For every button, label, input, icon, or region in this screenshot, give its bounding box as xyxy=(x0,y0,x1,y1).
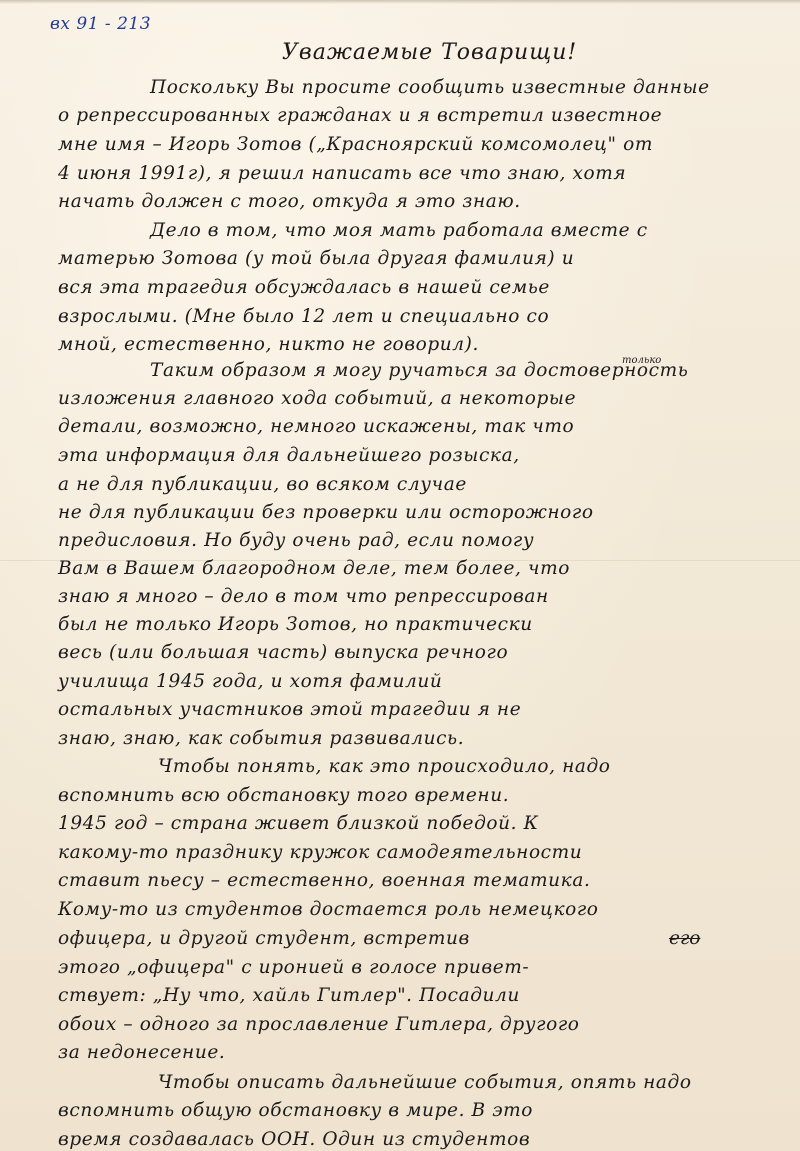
letter-line: вся эта трагедия обсуждалась в нашей сем… xyxy=(58,277,550,298)
struck-word: его xyxy=(669,928,700,949)
letter-line: мне имя – Игорь Зотов („Красноярский ком… xyxy=(58,134,653,155)
letter-line: а не для публикации, во всяком случае xyxy=(58,474,467,495)
letter-line: весь (или большая часть) выпуска речного xyxy=(58,642,508,663)
letter-line: ствует: „Ну что, хайль Гитлер". Посадили xyxy=(58,985,520,1006)
letter-line: не для публикации без проверки или остор… xyxy=(58,502,594,523)
letter-line: детали, возможно, немного искажены, так … xyxy=(58,416,574,437)
letter-line: училища 1945 года, и хотя фамилий xyxy=(58,671,442,692)
paper-edge xyxy=(0,0,800,4)
letter-line: Поскольку Вы просите сообщить известные … xyxy=(150,77,710,98)
letter-line: ставит пьесу – естественно, военная тема… xyxy=(58,870,590,891)
letter-line: обоих – одного за прославление Гитлера, … xyxy=(58,1014,580,1035)
letter-line: Чтобы понять, как это происходило, надо xyxy=(158,756,611,777)
letter-line: время создавалась ООН. Один из студентов xyxy=(58,1129,530,1150)
letter-line: предисловия. Но буду очень рад, если пом… xyxy=(58,530,534,551)
letter-line: эта информация для дальнейшего розыска, xyxy=(58,445,520,466)
letter-line: матерью Зотова (у той была другая фамили… xyxy=(58,248,574,269)
letter-line: взрослыми. (Мне было 12 лет и специально… xyxy=(58,306,549,327)
letter-line: 4 июня 1991г), я решил написать все что … xyxy=(58,163,626,184)
letter-line: Дело в том, что моя мать работала вместе… xyxy=(150,220,648,241)
letter-line: 1945 год – страна живет близкой победой.… xyxy=(58,813,539,834)
letter-line: Чтобы описать дальнейшие события, опять … xyxy=(158,1072,692,1093)
letter-line: этого „офицера" с иронией в голосе приве… xyxy=(58,957,529,978)
letter-line: остальных участников этой трагедии я не xyxy=(58,699,521,720)
letter-page: вх 91 - 213 Уважаемые Товарищи! только П… xyxy=(0,0,800,1151)
letter-line: какому-то празднику кружок самодеятельно… xyxy=(58,842,582,863)
letter-line: офицера, и другой студент, встретив xyxy=(58,928,470,949)
letter-line: был не только Игорь Зотов, но практическ… xyxy=(58,614,533,635)
letter-line: Кому-то из студентов достается роль неме… xyxy=(58,899,599,920)
letter-line: Вам в Вашем благородном деле, тем более,… xyxy=(58,558,570,579)
letter-line: Таким образом я могу ручаться за достове… xyxy=(150,360,688,381)
letter-line: о репрессированных гражданах и я встрети… xyxy=(58,105,662,126)
letter-line: начать должен с того, откуда я это знаю. xyxy=(58,191,521,212)
letter-line: за недонесение. xyxy=(58,1042,225,1063)
letter-line: знаю я много – дело в том что репрессиро… xyxy=(58,586,549,607)
letter-line: вспомнить всю обстановку того времени. xyxy=(58,785,509,806)
archive-mark: вх 91 - 213 xyxy=(50,14,151,34)
salutation: Уважаемые Товарищи! xyxy=(282,40,577,65)
letter-line: мной, естественно, никто не говорил). xyxy=(58,334,479,355)
letter-line: вспомнить общую обстановку в мире. В это xyxy=(58,1100,533,1121)
letter-line: изложения главного хода событий, а некот… xyxy=(58,388,576,409)
letter-line: знаю, знаю, как события развивались. xyxy=(58,728,464,749)
